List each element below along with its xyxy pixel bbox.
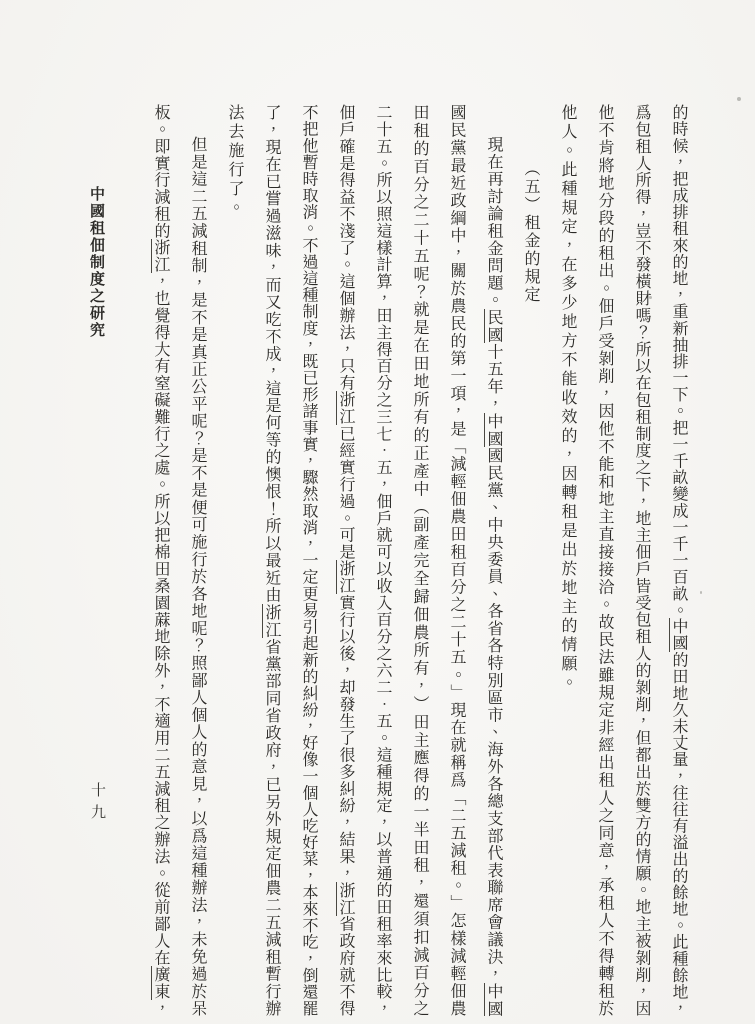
proper-noun-mark: 廣東 (151, 966, 169, 1000)
margin-book-title: 中國租佃制度之研究 (86, 186, 107, 339)
book-page: 中國租佃制度之研究 十九 的時候，把成排租來的地，重新抽排一下。把一千畝變成一千… (0, 0, 755, 1024)
scan-speck (649, 296, 652, 299)
scan-speck (700, 591, 702, 594)
proper-noun-mark: 浙江 (336, 391, 354, 425)
proper-noun-mark: 浙江 (336, 560, 354, 594)
text-column-14: 但是這二五減租制，是不是真正公平呢？是不是便可施行於各地呢？照鄙人個人的意見，以… (179, 104, 216, 1016)
section-heading: （五）租金的規定 (512, 104, 549, 1016)
text-column-6: 現在再討論租金問題。民國十五年，中國國民黨、中央委員、各省各特別區市、海外各總支… (475, 104, 512, 1016)
proper-noun-mark: 浙江 (336, 882, 354, 916)
proper-noun-mark: 浙江 (151, 239, 169, 273)
text-column-13: 法去施行了。 (216, 104, 253, 1016)
proper-noun-mark: 中國 (669, 618, 687, 651)
text-column-3: 他不肯將地分段的租出。佃戶受剝削，因他不能和地主直接接洽。故民法雖規定非經出租人… (586, 104, 623, 1016)
scan-speck (737, 97, 741, 101)
text-column-8: 田租的百分之二十五呢？就是在田地所有的正產中（副產完全歸佃農所有，）田主應得的一… (401, 104, 438, 1016)
text-column-1: 的時候，把成排租來的地，重新抽排一下。把一千畝變成一千一百畝。中國的田地久未丈量… (660, 104, 697, 1016)
text-column-15: 板。即實行減租的浙江，也覺得大有窒礙難行之處。所以把棉田桑園蔴地除外，不適用二五… (142, 104, 179, 1016)
text-column-10: 佃戶確是得益不淺了。這個辦法，只有浙江已經實行過。可是浙江實行以後，却發生了很多… (327, 104, 364, 1016)
page-text-block: 的時候，把成排租來的地，重新抽排一下。把一千畝變成一千一百畝。中國的田地久未丈量… (142, 104, 697, 1016)
text-column-2: 爲包租人所得，豈不發橫財嗎？所以在包租制度之下，地主佃戶皆受包租人的剝削，但都出… (623, 104, 660, 1016)
text-column-12: 了，現在已嘗過滋味，而又吃不成，這是何等的懊恨！所以最近由浙江省黨部同省政府，已… (253, 104, 290, 1016)
proper-noun-mark: 中國 (484, 413, 502, 448)
proper-noun-mark: 民國 (484, 309, 502, 344)
proper-noun-mark: 浙江 (262, 604, 280, 638)
text-column-11: 不把他暫時取消。不過這種制度，既已形諸事實，驟然取消，一定更易引起新的糾紛，好像… (290, 104, 327, 1016)
text-column-7: 國民黨最近政綱中，關於農民的第一項，是「減輕佃農田租百分之二十五。」現在就稱爲「… (438, 104, 475, 1016)
text-column-9: 二十五。所以照這樣計算，田主得百分之三七．五，佃戶就可以收入百分之六二．五。這種… (364, 104, 401, 1016)
page-number: 十九 (87, 782, 108, 826)
proper-noun-mark: 中國 (484, 983, 502, 1016)
text-column-4: 他人。此種規定，在多少地方不能收效的，因轉租是出於地主的情願。 (549, 104, 586, 1016)
